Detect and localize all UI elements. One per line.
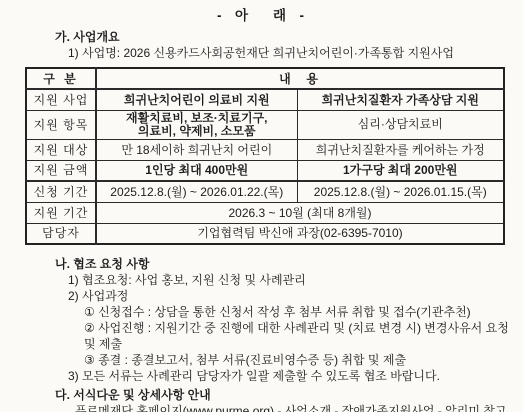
cell-support-items-left: 재활치료비, 보조·치료기구, 의료비, 약제비, 소모품 <box>96 110 297 139</box>
row-label: 지원 항목 <box>26 110 96 139</box>
section-na-sub-1: ① 신청접수 : 상담을 통한 신청서 작성 후 첨부 서류 취합 및 접수(기… <box>84 304 523 320</box>
homepage-line-suffix: ) - 사업소개 - 장애가족지원사업 - 알리미 참고 <box>270 404 506 412</box>
table-row-contact-person: 담당자 기업협력팀 박신애 과장(02-6395-7010) <box>26 223 504 244</box>
section-na-item-3: 3) 모든 서류는 사례관리 담당자가 일괄 제출할 수 있도록 협조 바랍니다… <box>68 368 523 384</box>
section-na-sub-2: ② 사업진행 : 지원기간 중 진행에 대한 사례관리 및 (치료 변경 시) … <box>84 320 523 352</box>
table-row-support-business: 지원 사업 희귀난치어린이 의료비 지원 희귀난치질환자 가족상담 지원 <box>26 89 504 110</box>
program-overview-table: 구 분 내 용 지원 사업 희귀난치어린이 의료비 지원 희귀난치질환자 가족상… <box>25 67 505 245</box>
cell-amount-left: 1인당 최대 400만원 <box>96 160 297 181</box>
scanned-document-page: - 아 래 - 가. 사업개요 1) 사업명: 2026 신용카드사회공헌재단 … <box>0 0 523 412</box>
table-header-row: 구 분 내 용 <box>26 68 504 89</box>
cell-target-right: 희귀난치질환자를 케어하는 가정 <box>297 139 504 160</box>
document-title: - 아 래 - <box>0 8 523 24</box>
column-header-content: 내 용 <box>96 68 504 89</box>
cell-support-items-right: 심리·상담치료비 <box>297 110 504 139</box>
row-label: 담당자 <box>26 223 96 244</box>
table-row-application-period: 신청 기간 2025.12.8.(월) ~ 2026.01.22.(목) 202… <box>26 181 504 202</box>
section-da-heading: 다. 서식다운 및 상세사항 안내 <box>55 387 523 403</box>
cell-family-counsel-support: 희귀난치질환자 가족상담 지원 <box>297 89 504 110</box>
cell-amount-right: 1가구당 최대 200만원 <box>297 160 504 181</box>
section-ga-heading: 가. 사업개요 <box>55 29 523 45</box>
cell-application-period-right: 2025.12.8.(월) ~ 2026.01.15.(목) <box>297 181 504 202</box>
section-na-item-1: 1) 협조요청: 사업 홍보, 지원 신청 및 사례관리 <box>68 272 523 288</box>
cell-support-period: 2026.3 ~ 10월 (최대 8개월) <box>96 202 504 223</box>
table-row-support-items: 지원 항목 재활치료비, 보조·치료기구, 의료비, 약제비, 소모품 심리·상… <box>26 110 504 139</box>
row-label: 신청 기간 <box>26 181 96 202</box>
homepage-line-prefix: 푸르메재단 홈페이지( <box>75 404 187 412</box>
section-da-homepage-line: 푸르메재단 홈페이지(www.purme.org) - 사업소개 - 장애가족지… <box>75 403 523 412</box>
section-na-item-2: 2) 사업과정 <box>68 288 523 304</box>
table-row-support-amount: 지원 금액 1인당 최대 400만원 1가구당 최대 200만원 <box>26 160 504 181</box>
row-label: 지원 사업 <box>26 89 96 110</box>
cell-target-left: 만 18세이하 희귀난치 어린이 <box>96 139 297 160</box>
section-na-sub-3: ③ 종결 : 종결보고서, 첨부 서류(진료비영수증 등) 취합 및 제출 <box>84 352 523 368</box>
cell-contact-person: 기업협력팀 박신애 과장(02-6395-7010) <box>96 223 504 244</box>
homepage-url: www.purme.org <box>187 404 270 412</box>
cell-medical-support: 희귀난치어린이 의료비 지원 <box>96 89 297 110</box>
table-row-support-target: 지원 대상 만 18세이하 희귀난치 어린이 희귀난치질환자를 케어하는 가정 <box>26 139 504 160</box>
row-label: 지원 금액 <box>26 160 96 181</box>
table-row-support-period: 지원 기간 2026.3 ~ 10월 (최대 8개월) <box>26 202 504 223</box>
column-header-category: 구 분 <box>26 68 96 89</box>
cell-application-period-left: 2025.12.8.(월) ~ 2026.01.22.(목) <box>96 181 297 202</box>
section-ga-item-business-name: 1) 사업명: 2026 신용카드사회공헌재단 희귀난치어린이·가족통합 지원사… <box>68 45 523 61</box>
row-label: 지원 대상 <box>26 139 96 160</box>
row-label: 지원 기간 <box>26 202 96 223</box>
section-na-heading: 나. 협조 요청 사항 <box>55 256 523 272</box>
